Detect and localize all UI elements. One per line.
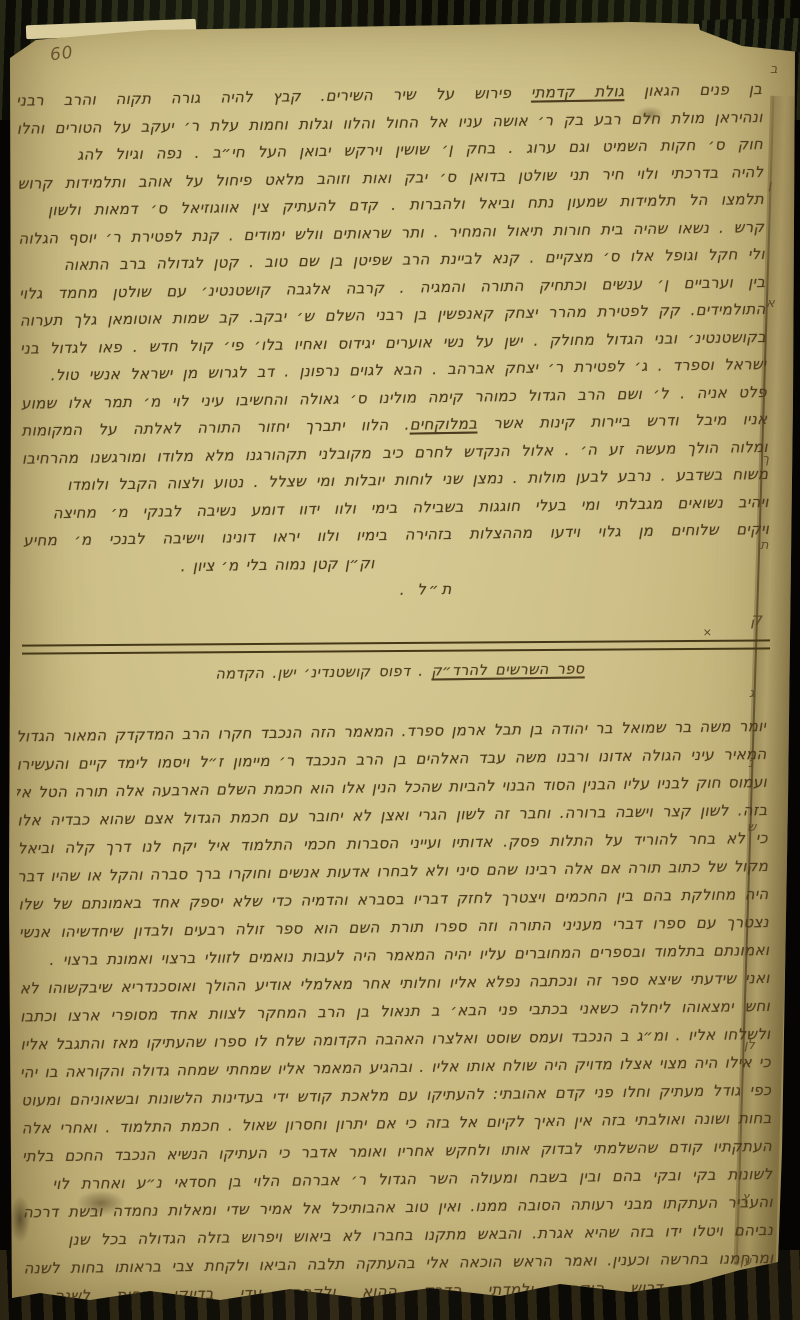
margin-mark: ת [760,538,769,553]
margin-mark: לן [744,1038,755,1053]
divider-scribble-mark: × [703,626,712,639]
manuscript-page: 60 בן פנים הגאון גולת קדמתי פירוש על שיר… [0,0,800,1320]
page-number: 60 [49,43,75,66]
margin-mark: נ [748,756,753,771]
margin-mark: ען [740,1254,752,1269]
margin-mark: ו [2,338,6,353]
section-divider-rule: × [22,639,770,654]
heading-rest: . דפוס קושטנדינ׳ ישן. הקדמה [215,664,431,683]
margin-mark: ק [750,610,762,630]
section-1-text: בן פנים הגאון גולת קדמתי פירוש על שיר הש… [16,76,770,610]
margin-mark: ב [770,62,778,77]
margin-mark: ג [749,686,754,701]
underlined-phrase: במלוקחים [409,415,477,434]
margin-mark: י [0,294,3,309]
line-text: . הלוו יתברך יחזור התורה לאלתה על המקומו… [21,416,409,440]
margin-mark: א [766,296,775,311]
line-text: פירוש על שיר השירים. קבץ להיה גורה תקוה … [16,84,531,110]
margin-mark: ש [747,820,756,835]
manuscript-scan: 60 בן פנים הגאון גולת קדמתי פירוש על שיר… [0,0,800,1320]
section-2-text: יומר משה בר שמואל בר יהודה בן תבל ארמן ס… [16,712,774,1310]
line-text: בן פנים הגאון [624,80,762,100]
line-text: אניו מיבל ודרש ביירות קינות אשר [477,410,767,433]
underlined-phrase: גולת קדמתי [531,82,625,101]
heading-underlined-title: ספר השרשים להרד״ק [431,661,584,679]
margin-mark: · [4,1158,8,1173]
margin-mark: ך [762,452,769,467]
margin-mark: ץ [742,1190,749,1205]
margin-mark: ן [768,178,772,193]
section-2-heading: ספר השרשים להרד״ק . דפוס קושטנדינ׳ ישן. … [0,658,800,685]
